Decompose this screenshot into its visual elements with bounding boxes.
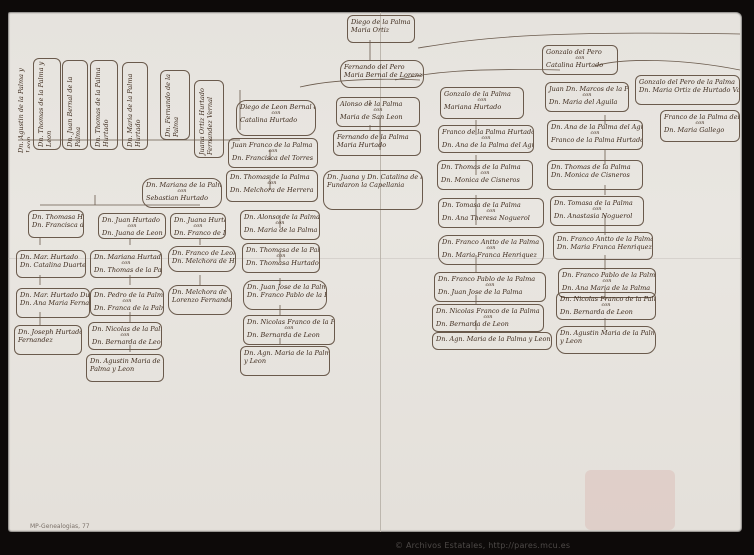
gen2-spouse: Maria Bernal de Lorenzo — [344, 71, 420, 79]
spouse-name: Dn. Franco Pablo de la Palma — [247, 291, 323, 299]
spouse-name: Maria Hurtado — [337, 141, 417, 149]
person-box: Dn. Juana y Dn. Catalina de la Palma Fun… — [323, 170, 423, 210]
spouse-name: Dn. Francisca del Torres — [232, 154, 314, 162]
spouse-name: Dn. Ana Maria Fernandez — [20, 299, 86, 307]
person-box: Dn. Nicolas Franco de la Palma con Dn. B… — [243, 315, 335, 345]
person-box: Dn. Agustin Maria de la Palma y Leon — [86, 354, 164, 382]
right-branch-head-box: Gonzalo del Pero con Catalina Hurtado — [542, 45, 618, 75]
spouse-name: Dn. Thomas de la Palma — [94, 266, 158, 274]
person-name: Dn. Joseph Hurtado — [18, 328, 78, 336]
person-box: Dn. Ana de la Palma del Aguila con Franc… — [547, 120, 643, 150]
spouse-name: Dn. Melchora de Herrera — [172, 257, 232, 265]
spouse-name: y Leon — [560, 337, 652, 345]
person-name: Dn. Agustin Maria de la Palma — [560, 329, 652, 337]
person-box: Dn. Thomas de la Palma Dn. Monica de Cis… — [547, 160, 643, 190]
person-box: Juan Dn. Marcos de la Palma con Dn. Mari… — [545, 82, 629, 112]
person-box: Dn. Juan Hurtado con Dn. Juana de Leon — [98, 213, 166, 239]
spouse-name: Dn. Monica de Cisneros — [441, 176, 529, 184]
vertical-name: Dn. Thomas de la Palma Hurtado — [94, 67, 110, 147]
root-name: Diego de la Palma — [351, 18, 411, 26]
person-box: Dn. Thomas de la Palma con Dn. Monica de… — [437, 160, 533, 190]
person-box: Alonso de la Palma con Maria de San Leon — [336, 97, 420, 127]
person-box: Dn. Thomasa Hurtado Dn. Francisca del Pi… — [28, 210, 84, 238]
spouse-name: Dn. Francisca del Pino — [32, 221, 80, 229]
root-spouse: Maria Ortiz — [351, 26, 411, 34]
person-box: Dn. Melchora de Lorenzo Fernandez — [168, 285, 232, 315]
person-name: Dn. Agn. Maria de la Palma — [244, 349, 326, 357]
person-box: Dn. Franco Antto de la Palma con Dn. Mar… — [438, 235, 544, 265]
person-name: Dn. Agn. Maria de la Palma y Leon — [436, 335, 548, 343]
person-name: Dn. Mar. Hurtado — [20, 253, 82, 261]
person-box: Dn. Agustin Maria de la Palma y Leon — [556, 326, 656, 354]
spouse-name: Dn. Maria Ortiz de Hurtado Vargas — [639, 86, 736, 94]
spouse-name: Dn. Ana de la Palma del Aguila — [442, 141, 530, 149]
person-name: Dn. Melchora de — [172, 288, 228, 296]
vertical-name: Dn. Agustin de la Palma y Leon — [17, 68, 30, 153]
spouse-name: Dn. Monica de Cisneros — [551, 171, 639, 179]
person-box: Diego de Leon Bernal de la Palma con Cat… — [236, 100, 316, 136]
spouse-name: Dn. Juan Jose de la Palma — [438, 288, 542, 296]
person-box: Dn. Agn. Maria de la Palma y Leon — [432, 332, 552, 350]
person-box: Dn. Pedro de la Palma con Dn. Franca de … — [90, 288, 164, 316]
person-name: Dn. Thomas de la Palma — [551, 163, 639, 171]
person-box: Juan Franco de la Palma con Dn. Francisc… — [228, 138, 318, 168]
spouse-name: Dn. Maria de la Palma — [244, 226, 316, 234]
person-name: Gonzalo del Pero de la Palma — [639, 78, 736, 86]
person-box: Dn. Nicolas Franco de la Palma con Dn. B… — [556, 292, 656, 320]
vertical-box-3: Dn. Juan Bernal de la Palma — [62, 60, 88, 150]
vertical-box-4: Dn. Thomas de la Palma Hurtado — [90, 60, 118, 150]
vertical-box-6: Dn. Fernando de la Palma — [160, 70, 190, 140]
vertical-box-7: Juana Ortiz Hurtado Fernandez Vernal — [194, 80, 224, 158]
root-ancestor-box: Diego de la Palma Maria Ortiz — [347, 15, 415, 43]
person-box: Dn. Thomas de la Palma con Dn. Melchora … — [226, 170, 318, 202]
person-box: Dn. Mariana Hurtado con Dn. Thomas de la… — [90, 250, 162, 278]
person-name: Dn. Mar. Hurtado Duarte — [20, 291, 86, 299]
person-box: Dn. Tomasa de la Palma con Dn. Ana There… — [438, 198, 544, 228]
archive-watermark: © Archivos Estatales, http://pares.mcu.e… — [395, 541, 570, 550]
spouse-name: Dn. Bernarda de Leon — [560, 308, 652, 316]
spouse-name: Dn. Maria Gallego — [664, 126, 736, 134]
person-name: Fernando de la Palma — [337, 133, 417, 141]
person-box: Dn. Mar. Hurtado Dn. Catalina Duarte — [16, 250, 86, 278]
spouse-name: Dn. Maria del Aguila — [549, 98, 625, 106]
spouse-name: Dn. Bernarda de Leon — [247, 331, 331, 339]
spouse-name: Dn. Thomasa Hurtado — [246, 259, 316, 267]
spouse-name: Dn. Catalina Duarte — [20, 261, 82, 269]
person-box: Dn. Franco de Leon Dn. Melchora de Herre… — [168, 246, 236, 272]
spouse-name: Dn. Melchora de Herrera — [230, 186, 314, 194]
person-box: Dn. Juana Hurtado con Dn. Franco de Leon — [170, 213, 226, 239]
person-name: Dn. Agustin Maria de la — [90, 357, 160, 365]
person-box: Dn. Alonso de la Palma con Dn. Maria de … — [240, 210, 320, 240]
person-box: Dn. Juan Jose de la Palma Dn. Franco Pab… — [243, 280, 327, 310]
spouse-name: Franco de la Palma Hurtado — [551, 136, 639, 144]
spouse-name: y Leon — [244, 357, 326, 365]
person-name: Dn. Juana y Dn. Catalina de la Palma — [327, 173, 419, 181]
person-name: Dn. Thomasa Hurtado — [32, 213, 80, 221]
person-box: Dn. Joseph Hurtado Fernandez — [14, 325, 82, 355]
spouse-name: Dn. Bernarda de Leon — [92, 338, 158, 346]
person-box: Dn. Nicolas Franco de la Palma con Dn. B… — [432, 304, 544, 332]
spouse-name: Lorenzo Fernandez — [172, 296, 228, 304]
person-box: Dn. Mar. Hurtado Duarte Dn. Ana Maria Fe… — [16, 288, 90, 318]
spouse-name: Dn. Ana Maria de la Palma — [562, 284, 652, 292]
person-box: Dn. Thomasa de la Palma con Dn. Thomasa … — [242, 243, 320, 273]
spouse-name: Maria de San Leon — [340, 113, 416, 121]
person-box: Gonzalo de la Palma con Mariana Hurtado — [440, 87, 524, 119]
spouse-name: Fernandez — [18, 336, 78, 344]
vertical-box-2: Dn. Thomas de la Palma y Leon — [33, 58, 61, 150]
gen2-box: Fernando del Pero Maria Bernal de Lorenz… — [340, 60, 424, 88]
vertical-name: Dn. Thomas de la Palma y Leon — [37, 62, 53, 147]
spouse-name: Sebastian Hurtado — [146, 194, 218, 202]
spouse-name: Dn. Maria Franca Henriquez — [442, 251, 540, 259]
vertical-name: Dn. Fernando de la Palma — [164, 74, 180, 137]
person-box: Dn. Agn. Maria de la Palma y Leon — [240, 346, 330, 376]
spouse-name: Dn. Anastasia Noguerol — [554, 212, 640, 220]
person-name: Dn. Franco de Leon — [172, 249, 232, 257]
spouse-name: Dn. Franca de la Palma — [94, 304, 160, 312]
vertical-box-5: Dn. Maria de la Palma Hurtado — [122, 62, 148, 150]
person-box: Dn. Franco Antto de la Palma Dn. Maria F… — [553, 232, 653, 260]
spouse-name: Mariana Hurtado — [444, 103, 520, 111]
person-box: Franco de la Palma del Aguila con Dn. Ma… — [660, 110, 740, 142]
right-head-spouse: Catalina Hurtado — [546, 61, 614, 69]
vertical-name: Dn. Maria de la Palma Hurtado — [126, 74, 142, 147]
person-box: Dn. Franco Pablo de la Palma con Dn. Jua… — [434, 272, 546, 302]
vertical-name: Juana Ortiz Hurtado Fernandez Vernal — [198, 88, 214, 155]
person-name: Dn. Juan Jose de la Palma — [247, 283, 323, 291]
gen2-name: Fernando del Pero — [344, 63, 420, 71]
person-box: Franco de la Palma Hurtado con Dn. Ana d… — [438, 125, 534, 153]
spouse-name: Dn. Ana Theresa Noguerol — [442, 214, 540, 222]
person-box: Dn. Tomasa de la Palma con Dn. Anastasia… — [550, 196, 644, 226]
spouse-name: Dn. Juana de Leon — [102, 229, 162, 237]
spouse-name: Fundaron la Capellania — [327, 181, 419, 189]
archive-reference: MP-Genealogias, 77 — [30, 523, 90, 530]
person-box: Fernando de la Palma Maria Hurtado — [333, 130, 421, 156]
person-box: Gonzalo del Pero de la Palma Dn. Maria O… — [635, 75, 740, 105]
spouse-name: Dn. Maria Franca Henriquez — [557, 243, 649, 251]
person-box: Dn. Nicolas de la Palma con Dn. Bernarda… — [88, 322, 162, 350]
vertical-name: Dn. Juan Bernal de la Palma — [66, 77, 82, 147]
person-box: Dn. Mariana de la Palma con Sebastian Hu… — [142, 178, 222, 208]
spouse-name: Palma y Leon — [90, 365, 160, 373]
vertical-box-1: Dn. Agustin de la Palma y Leon — [14, 60, 30, 155]
spouse-name: Catalina Hurtado — [240, 116, 312, 124]
person-name: Dn. Franco Antto de la Palma — [557, 235, 649, 243]
spouse-name: Dn. Franco de Leon — [174, 229, 222, 237]
spouse-name: Dn. Bernarda de Leon — [436, 320, 540, 328]
